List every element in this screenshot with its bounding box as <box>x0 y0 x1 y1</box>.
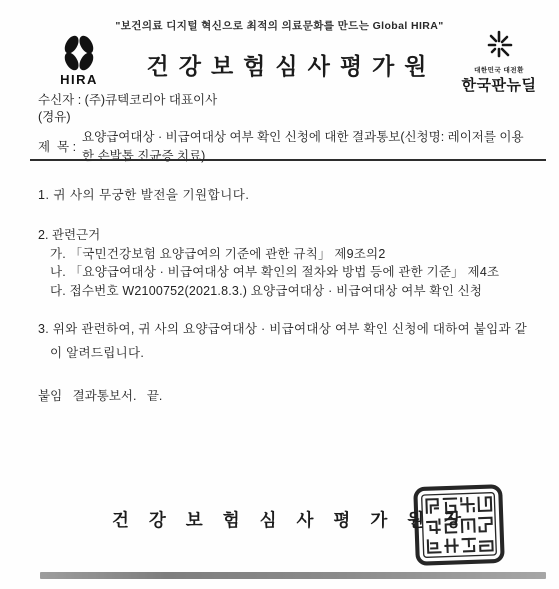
greeting-paragraph: 1. 귀 사의 무궁한 발전을 기원합니다. <box>38 185 249 203</box>
recipient-label: 수신자 : <box>38 92 85 108</box>
reference-item-c: 다. 접수번호 W2100752(2021.8.3.) 요양급여대상 · 비급여… <box>50 282 499 301</box>
scanned-official-letter: "보건의료 디지털 혁신으로 최적의 의료문화를 만드는 Global HIRA… <box>0 0 559 589</box>
reference-section: 2. 관련근거 가. 「국민건강보험 요양급여의 기준에 관한 규칙」 제9조의… <box>38 226 499 300</box>
signature-title: 건강보험심사평가원장 <box>112 507 481 532</box>
header-divider <box>30 159 546 161</box>
recipient-row: 수신자 : (주)큐텍코리아 대표이사 <box>38 92 534 108</box>
reference-item-a: 가. 「국민건강보험 요양급여의 기준에 관한 규칙」 제9조의2 <box>50 245 499 264</box>
newdeal-logo: 대한민국 대전환 한국판뉴딜 <box>453 30 545 95</box>
bottom-bar <box>40 572 546 579</box>
reference-item-b: 나. 「요양급여대상 · 비급여대상 여부 확인의 절차와 방법 등에 관한 기… <box>50 263 499 282</box>
attachment-line: 붙임 결과통보서. 끝. <box>38 386 162 404</box>
recipient-value: (주)큐텍코리아 대표이사 <box>85 92 218 108</box>
via-label: (경유) <box>38 109 534 125</box>
address-block: 수신자 : (주)큐텍코리아 대표이사 (경유) 제 목 : 요양급여대상 · … <box>38 92 534 165</box>
newdeal-sparkle-icon <box>482 30 516 62</box>
newdeal-subtitle: 대한민국 대전환 <box>453 65 545 74</box>
subject-label: 제 목 : <box>38 139 76 155</box>
reference-heading: 2. 관련근거 <box>38 226 499 245</box>
result-paragraph: 3. 위와 관련하여, 귀 사의 요양급여대상 · 비급여대상 여부 확인 신청… <box>38 317 536 365</box>
